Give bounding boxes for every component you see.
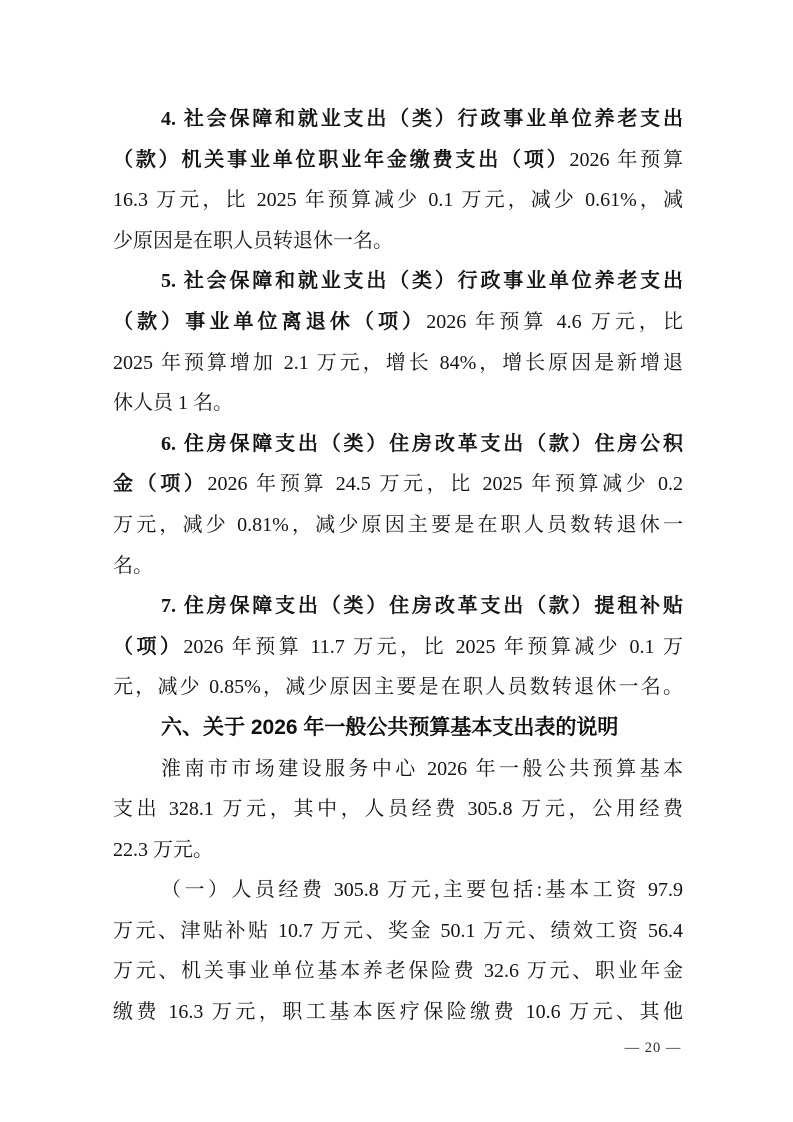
bold-text-run: 4. 社会保障和就业支出（类）行政事业单位养老支出 [161, 108, 683, 130]
text-run: 2026 年预算 [570, 149, 683, 171]
text-line: 5. 社会保障和就业支出（类）行政事业单位养老支出 [113, 261, 683, 302]
text-line: 22.3 万元。 [113, 830, 683, 871]
text-line: （项）2026 年预算 11.7 万元，比 2025 年预算减少 0.1 万 [113, 627, 683, 668]
text-line: 少原因是在职人员转退休一名。 [113, 221, 683, 262]
text-run: （一）人员经费 305.8 万元,主要包括:基本工资 97.9 [161, 879, 683, 901]
text-run: 22.3 万元。 [113, 839, 213, 861]
text-run: 2026 年预算 4.6 万元，比 [426, 311, 683, 333]
text-line: （款）机关事业单位职业年金缴费支出（项）2026 年预算 [113, 140, 683, 181]
text-line: 万元，减少 0.81%，减少原因主要是在职人员数转退休一 [113, 505, 683, 546]
bold-text-run: 7. 住房保障支出（类）住房改革支出（款）提租补贴 [161, 595, 683, 617]
text-run: 2026 年预算 11.7 万元，比 2025 年预算减少 0.1 万 [183, 636, 683, 658]
text-run: 支出 328.1 万元，其中，人员经费 305.8 万元，公用经费 [113, 798, 683, 820]
text-line: 6. 住房保障支出（类）住房改革支出（款）住房公积 [113, 424, 683, 465]
bold-text-run: 金（项） [113, 473, 208, 495]
text-run: 休人员 1 名。 [113, 392, 233, 414]
text-run: 万元，减少 0.81%，减少原因主要是在职人员数转退休一 [113, 514, 683, 536]
text-line: 4. 社会保障和就业支出（类）行政事业单位养老支出 [113, 99, 683, 140]
text-line: 休人员 1 名。 [113, 383, 683, 424]
text-line: 7. 住房保障支出（类）住房改革支出（款）提租补贴 [113, 586, 683, 627]
text-line: 16.3 万元，比 2025 年预算减少 0.1 万元，减少 0.61%，减 [113, 180, 683, 221]
text-run: 淮南市市场建设服务中心 2026 年一般公共预算基本 [161, 758, 683, 780]
text-run: 2025 年预算增加 2.1 万元，增长 84%，增长原因是新增退 [113, 352, 683, 374]
section-heading: 六、关于 2026 年一般公共预算基本支出表的说明 [113, 708, 683, 749]
text-line: （一）人员经费 305.8 万元,主要包括:基本工资 97.9 [113, 870, 683, 911]
text-run: 2026 年预算 24.5 万元，比 2025 年预算减少 0.2 [208, 473, 683, 495]
text-line: 缴费 16.3 万元，职工基本医疗保险缴费 10.6 万元、其他 [113, 992, 683, 1033]
text-line: 金（项）2026 年预算 24.5 万元，比 2025 年预算减少 0.2 [113, 464, 683, 505]
text-line: 淮南市市场建设服务中心 2026 年一般公共预算基本 [113, 749, 683, 790]
text-line: （款）事业单位离退休（项）2026 年预算 4.6 万元，比 [113, 302, 683, 343]
text-line: 万元、机关事业单位基本养老保险费 32.6 万元、职业年金 [113, 951, 683, 992]
text-line: 万元、津贴补贴 10.7 万元、奖金 50.1 万元、绩效工资 56.4 [113, 911, 683, 952]
text-run: 万元、机关事业单位基本养老保险费 32.6 万元、职业年金 [113, 960, 683, 982]
text-run: 万元、津贴补贴 10.7 万元、奖金 50.1 万元、绩效工资 56.4 [113, 920, 683, 942]
document-body: 4. 社会保障和就业支出（类）行政事业单位养老支出（款）机关事业单位职业年金缴费… [113, 99, 683, 1033]
text-run: 缴费 16.3 万元，职工基本医疗保险缴费 10.6 万元、其他 [113, 1001, 683, 1023]
bold-text-run: （款）事业单位离退休（项） [113, 311, 426, 333]
text-line: 元，减少 0.85%，减少原因主要是在职人员数转退休一名。 [113, 667, 683, 708]
bold-text-run: 6. 住房保障支出（类）住房改革支出（款）住房公积 [161, 433, 683, 455]
page-number: — 20 — [593, 1040, 713, 1057]
text-run: 元，减少 0.85%，减少原因主要是在职人员数转退休一名。 [113, 676, 683, 698]
bold-text-run: （项） [113, 636, 183, 658]
document-page: 4. 社会保障和就业支出（类）行政事业单位养老支出（款）机关事业单位职业年金缴费… [0, 0, 793, 1122]
bold-text-run: 六、关于 2026 年一般公共预算基本支出表的说明 [161, 716, 618, 739]
text-line: 支出 328.1 万元，其中，人员经费 305.8 万元，公用经费 [113, 789, 683, 830]
text-run: 名。 [113, 555, 153, 577]
bold-text-run: 5. 社会保障和就业支出（类）行政事业单位养老支出 [161, 270, 683, 292]
text-line: 名。 [113, 546, 683, 587]
text-line: 2025 年预算增加 2.1 万元，增长 84%，增长原因是新增退 [113, 343, 683, 384]
text-run: 16.3 万元，比 2025 年预算减少 0.1 万元，减少 0.61%，减 [113, 189, 683, 211]
bold-text-run: （款）机关事业单位职业年金缴费支出（项） [113, 149, 570, 171]
text-run: 少原因是在职人员转退休一名。 [113, 230, 393, 252]
